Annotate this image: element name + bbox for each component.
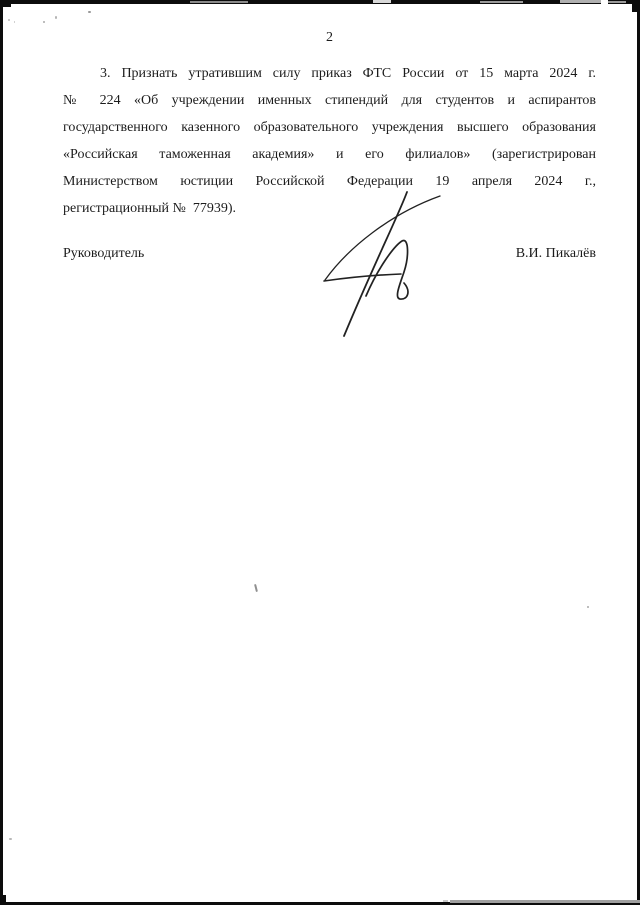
scan-speck bbox=[43, 21, 45, 23]
paragraph-line: Министерством юстиции Российской Федерац… bbox=[63, 168, 596, 195]
scan-edge-artifact bbox=[608, 1, 626, 3]
scan-edge-artifact bbox=[601, 0, 608, 4]
signer-name: В.И. Пикалёв bbox=[516, 240, 596, 267]
scan-speck bbox=[9, 838, 12, 840]
scan-speck bbox=[88, 11, 91, 13]
scan-speck bbox=[14, 21, 15, 23]
document-page: 2 3. Признать утратившим силу приказ ФТС… bbox=[0, 0, 640, 905]
scan-edge-artifact bbox=[560, 0, 602, 3]
scan-border-left bbox=[0, 0, 3, 905]
page-number: 2 bbox=[63, 24, 596, 51]
scan-speck bbox=[8, 19, 10, 21]
scan-edge-artifact bbox=[443, 900, 448, 902]
paragraph-line: государственного казенного образовательн… bbox=[63, 114, 596, 141]
paragraph-line: № 224 «Об учреждении именных стипендий д… bbox=[63, 87, 596, 114]
scan-edge-artifact bbox=[190, 1, 248, 3]
scan-corner-bottom-left bbox=[0, 895, 6, 905]
paragraph-line: 3. Признать утратившим силу приказ ФТС Р… bbox=[63, 60, 596, 87]
paragraph-line: «Российская таможенная академия» и его ф… bbox=[63, 141, 596, 168]
scan-edge-artifact bbox=[373, 0, 391, 3]
signer-role: Руководитель bbox=[63, 240, 144, 267]
signature-row: Руководитель В.И. Пикалёв bbox=[63, 240, 596, 267]
scan-speck bbox=[587, 606, 589, 608]
scan-speck bbox=[254, 584, 258, 592]
paragraph-line: регистрационный № 77939). bbox=[63, 195, 596, 222]
scan-edge-artifact bbox=[480, 1, 523, 3]
order-paragraph: 3. Признать утратившим силу приказ ФТС Р… bbox=[63, 60, 596, 222]
scan-corner-top-right bbox=[632, 0, 640, 12]
scan-corner-top-left bbox=[0, 0, 11, 7]
scan-edge-artifact bbox=[450, 900, 640, 903]
scan-speck bbox=[55, 16, 57, 19]
scan-border-top bbox=[0, 0, 640, 4]
